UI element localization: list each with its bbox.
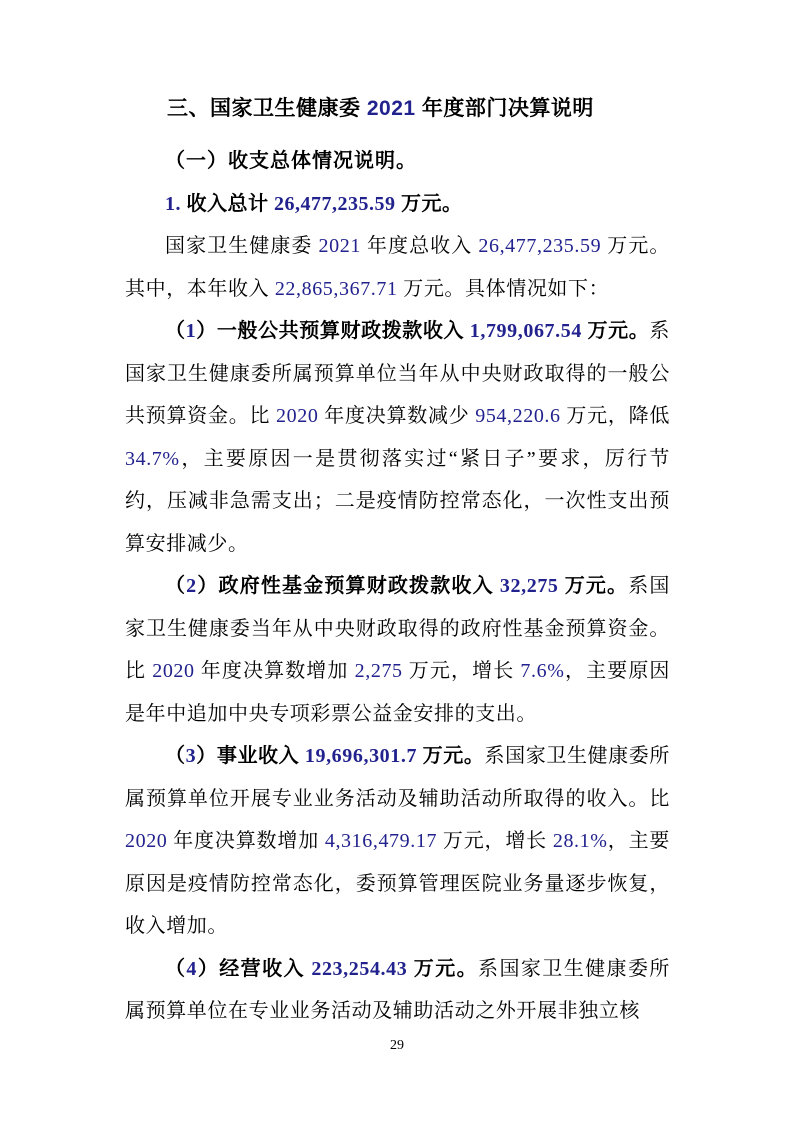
text-segment: 系国家卫生健康委所属预算单位当年从中央财政取得的一般公共预算资金。比 2020 … — [125, 320, 670, 555]
numeric-text: 2020 — [152, 660, 194, 682]
numeric-text: 2 — [186, 575, 197, 597]
text-segment: 系国家卫生健康委当年从中央财政取得的政府性基金预算资金。比 2020 年度决算数… — [125, 575, 670, 725]
document-body: 三、国家卫生健康委 2021 年度部门决算说明（一）收支总体情况说明。1. 收入… — [125, 86, 670, 1033]
numeric-text: 26,477,235.59 — [274, 193, 396, 215]
numeric-text: 2,275 — [355, 660, 403, 682]
text-segment: 三、国家卫生健康委 2021 年度部门决算说明 — [167, 97, 594, 120]
numeric-text: 32,275 — [500, 575, 559, 597]
numeric-text: 19,696,301.7 — [305, 745, 417, 767]
numeric-text: 1 — [186, 320, 197, 342]
document-page: 三、国家卫生健康委 2021 年度部门决算说明（一）收支总体情况说明。1. 收入… — [0, 0, 794, 1123]
section-heading-overview: （一）收支总体情况说明。 — [125, 140, 670, 183]
numeric-text: 954,220.6 — [475, 405, 560, 427]
numeric-text: 2021 — [319, 235, 361, 257]
numeric-text: 28.1% — [553, 830, 608, 852]
para-item-2-government-fund-budget: （2）政府性基金预算财政拨款收入 32,275 万元。系国家卫生健康委当年从中央… — [125, 565, 670, 735]
numeric-text: 2020 — [125, 830, 167, 852]
numeric-text: 223,254.43 — [311, 958, 407, 980]
text-segment: （3）事业收入 19,696,301.7 万元。 — [165, 745, 485, 767]
text-segment: （4）经营收入 223,254.43 万元。 — [165, 958, 478, 980]
para-item-1-general-public-budget: （1）一般公共预算财政拨款收入 1,799,067.54 万元。系国家卫生健康委… — [125, 310, 670, 565]
text-segment: 1. 收入总计 26,477,235.59 万元。 — [165, 193, 463, 215]
numeric-text: 4 — [186, 958, 197, 980]
text-segment: 国家卫生健康委 2021 年度总收入 26,477,235.59 万元。其中，本… — [125, 235, 670, 300]
numeric-text: 3 — [186, 745, 197, 767]
numeric-text: 1. — [165, 193, 181, 215]
doc-title: 三、国家卫生健康委 2021 年度部门决算说明 — [125, 86, 670, 132]
text-segment: 系国家卫生健康委所属预算单位开展专业业务活动及辅助活动所取得的收入。比 2020… — [125, 745, 670, 937]
numeric-text: 2020 — [276, 405, 318, 427]
numeric-text: 7.6% — [520, 660, 564, 682]
text-segment: （一）收支总体情况说明。 — [165, 150, 417, 172]
numeric-text: 1,799,067.54 — [470, 320, 582, 342]
numeric-text: 26,477,235.59 — [478, 235, 601, 257]
numeric-text: 34.7% — [125, 448, 180, 470]
numeric-text: 2021 — [367, 97, 416, 120]
para-item-3-institutional-income: （3）事业收入 19,696,301.7 万元。系国家卫生健康委所属预算单位开展… — [125, 735, 670, 948]
para-item-4-operating-income: （4）经营收入 223,254.43 万元。系国家卫生健康委所属预算单位在专业业… — [125, 948, 670, 1033]
text-segment: （2）政府性基金预算财政拨款收入 32,275 万元。 — [165, 575, 628, 597]
sub-heading-total-income: 1. 收入总计 26,477,235.59 万元。 — [125, 183, 670, 226]
page-number: 29 — [0, 1038, 794, 1054]
numeric-text: 22,865,367.71 — [275, 278, 398, 300]
text-segment: （1）一般公共预算财政拨款收入 1,799,067.54 万元。 — [165, 320, 649, 342]
para-total-income: 国家卫生健康委 2021 年度总收入 26,477,235.59 万元。其中，本… — [125, 225, 670, 310]
numeric-text: 4,316,479.17 — [325, 830, 437, 852]
